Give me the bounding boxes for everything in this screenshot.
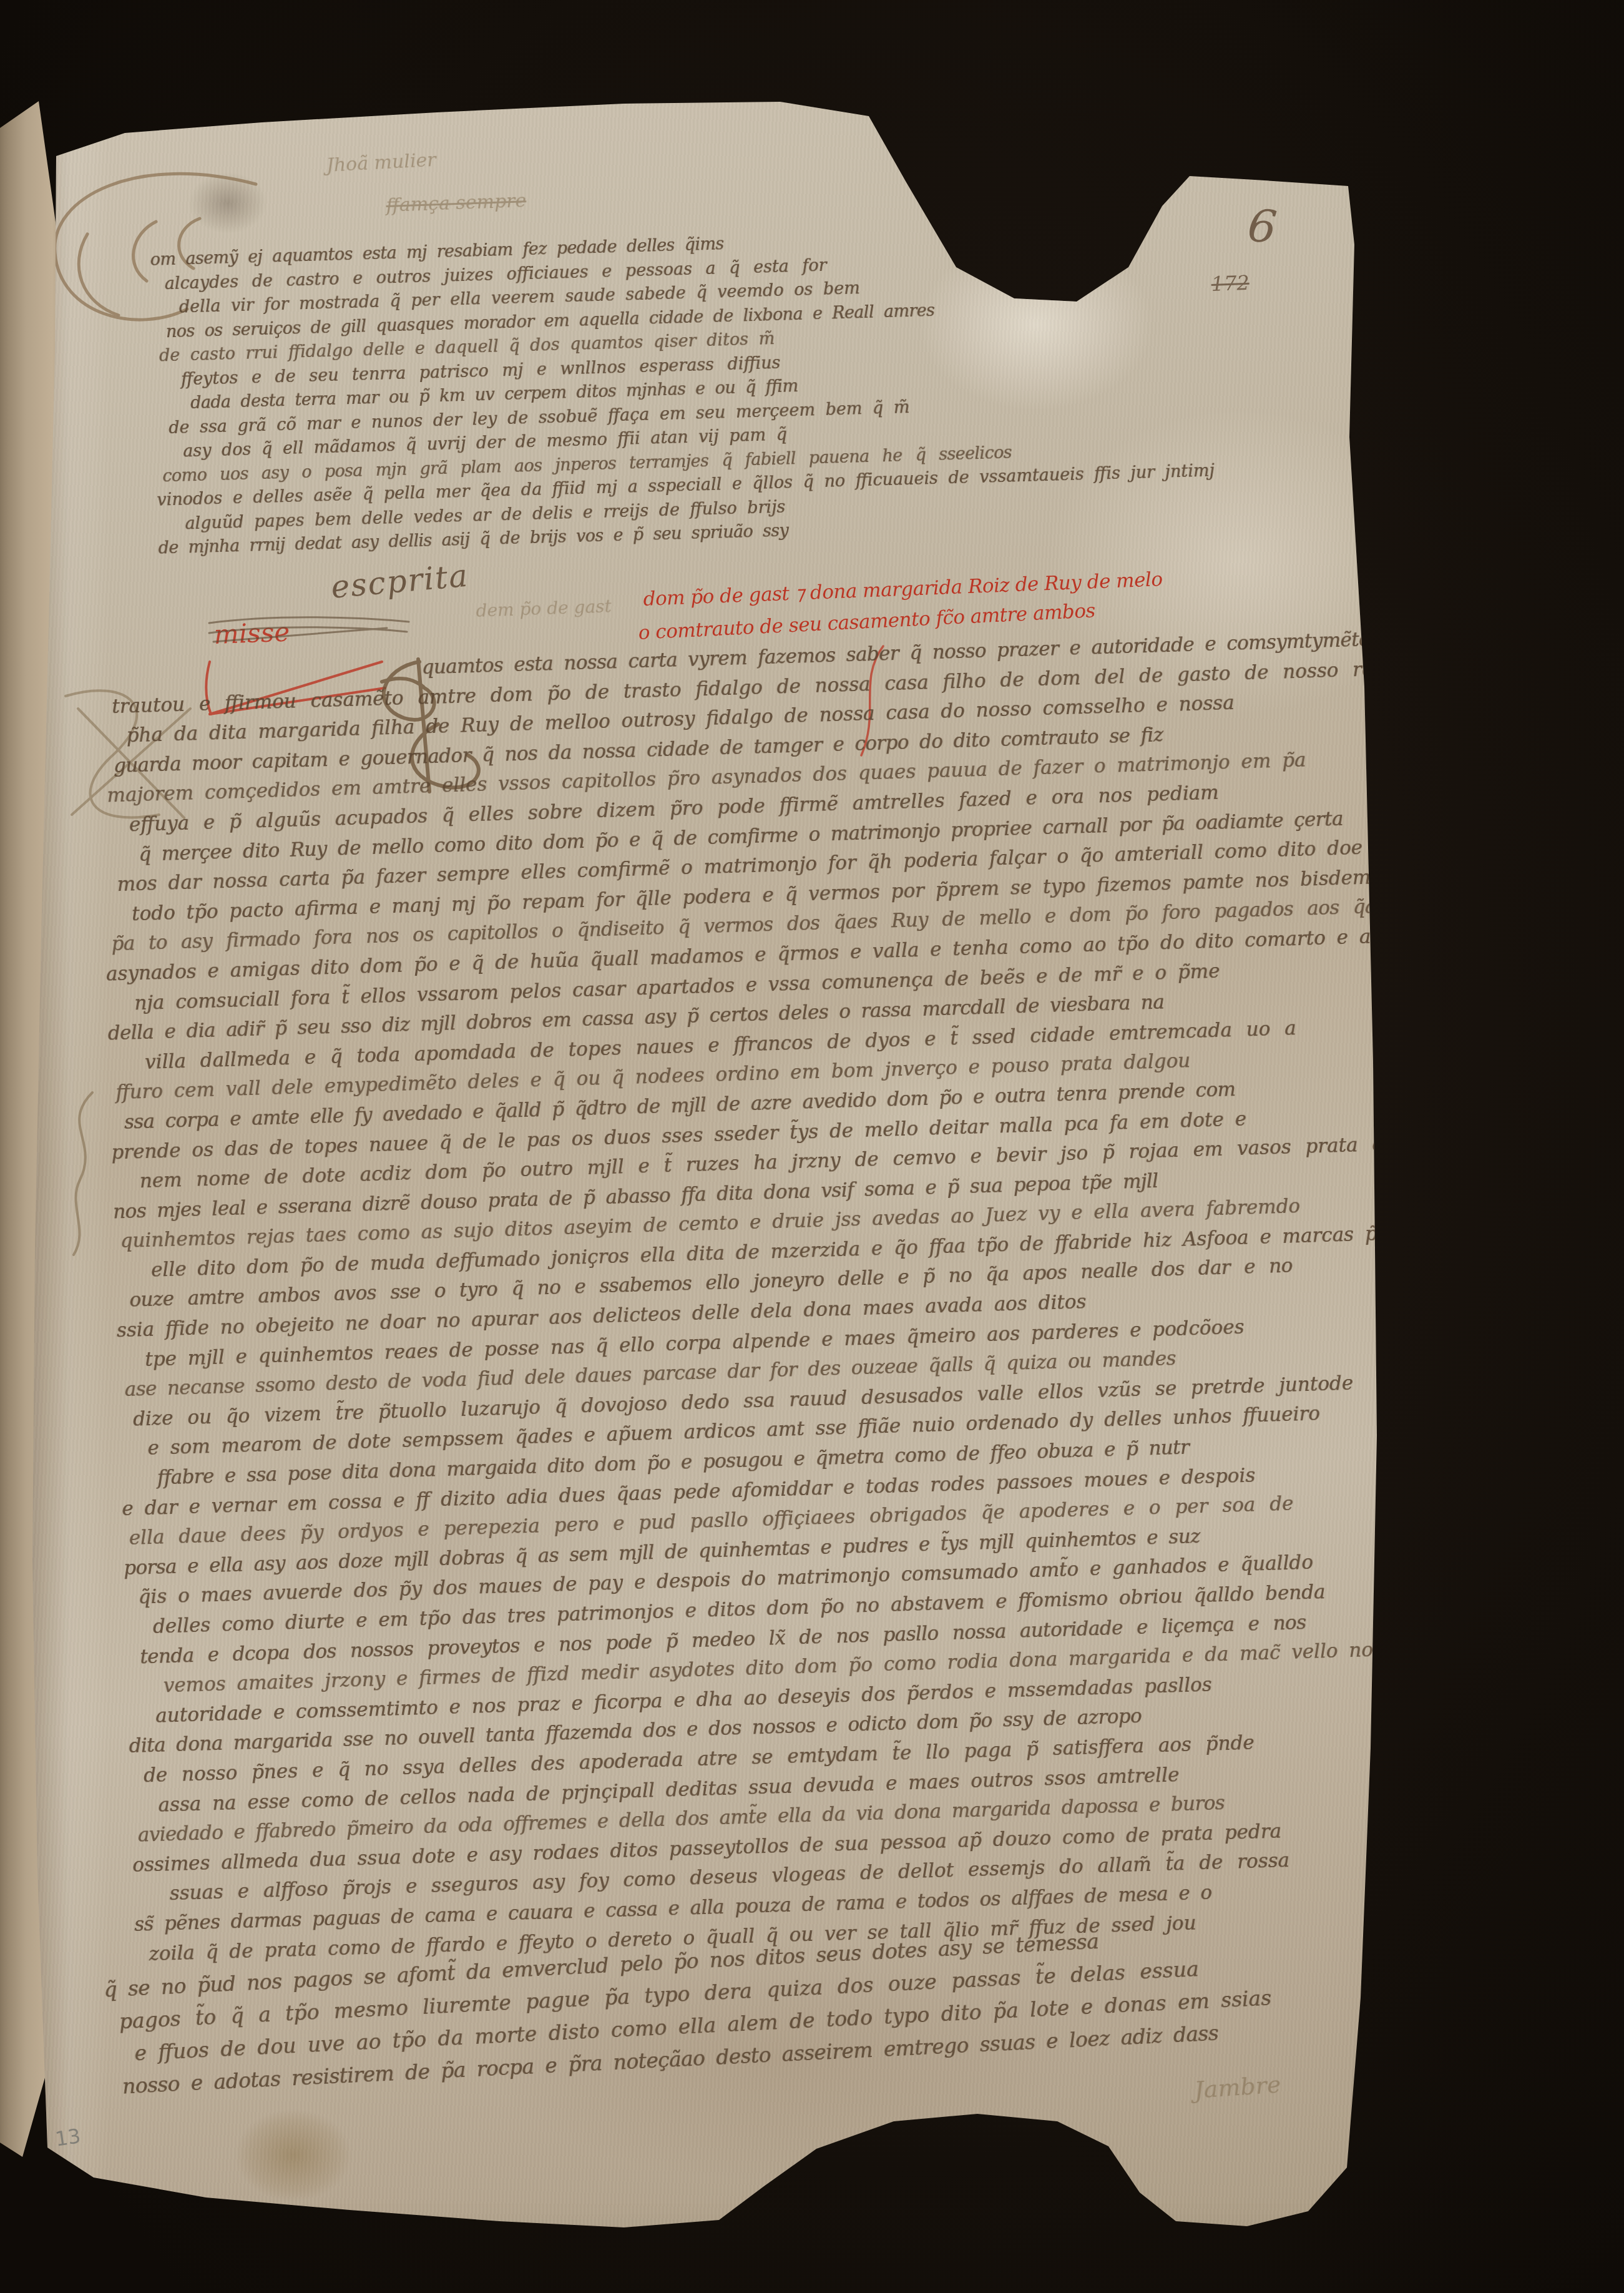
strike-lines-over-red-word	[206, 599, 412, 649]
header-note-line1: Jhoã mulier	[326, 149, 436, 177]
main-text-block: quamtos esta nossa carta vyrem fazemos s…	[97, 626, 1389, 1970]
pencil-page-number: 13	[54, 2124, 82, 2151]
bottom-note: Jambre	[1193, 2070, 1282, 2104]
manuscript-photo: Jhoã mulier ffamça sempre 6 172 om asemỹ…	[0, 0, 1624, 2293]
rubric-inked-word: escprita	[330, 557, 470, 606]
margin-paraph-mark	[55, 1086, 111, 1261]
header-note-line2-struck: ffamça sempre	[386, 190, 527, 217]
parchment-leaf: Jhoã mulier ffamça sempre 6 172 om asemỹ…	[0, 0, 1624, 2293]
rubric-faded-ink-note: dem p̃o de gast	[476, 596, 612, 621]
intro-paragraph: om asemỹ ej aquamtos esta mj resabiam fe…	[150, 215, 1362, 561]
